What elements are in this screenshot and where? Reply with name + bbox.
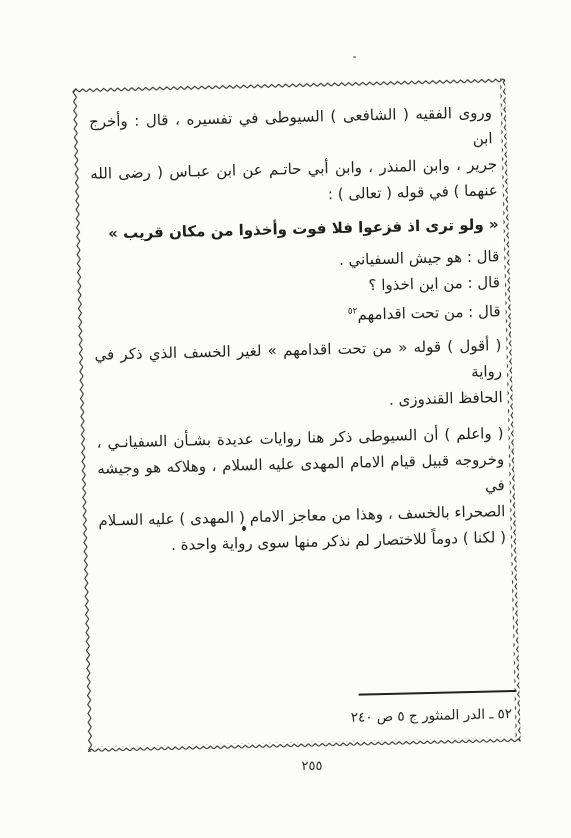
scanned-book-page: وروى الفقيه ( الشافعى ) السيوطى في تفسير… <box>0 0 571 838</box>
footnote-citation: ٥٢ ـ الدر المنثور ج ٥ ص ٢٤٠ <box>351 704 513 728</box>
border-right <box>500 78 521 742</box>
paragraph-line: ( أقول ) قوله « من تحت اقدامهم » لغير ال… <box>94 332 502 394</box>
page-number: ٢٥٥ <box>282 759 342 774</box>
dialogue-text: قال : من تحت اقدامهم <box>357 302 501 323</box>
paragraph-explanation: ( واعلم ) أن السيوطى ذكر هنا روايات عديد… <box>96 420 506 560</box>
paragraph-line: وروى الفقيه ( الشافعى ) السيوطى في تفسير… <box>89 99 497 161</box>
quran-verse: « ولو ترى اذ فزعوا فلا فوت وأخذوا من مكا… <box>91 211 498 247</box>
border-top <box>72 78 505 93</box>
paragraph-line: وخروجه قبيل قيام الامام المهدى عليه السل… <box>97 446 505 508</box>
paragraph-comment: ( أقول ) قوله « من تحت اقدامهم » لغير ال… <box>94 332 503 420</box>
ink-speck <box>353 56 356 58</box>
body-text: وروى الفقيه ( الشافعى ) السيوطى في تفسير… <box>89 99 507 559</box>
paragraph-narration: وروى الفقيه ( الشافعى ) السيوطى في تفسير… <box>89 99 498 213</box>
footnote-reference-marker: ٥٢ <box>348 307 358 317</box>
dialogue-block: قال : هو جيش السفياني . قال : من اين اخذ… <box>92 243 501 334</box>
ink-speck <box>242 526 246 531</box>
border-bottom <box>88 737 521 752</box>
page-frame: وروى الفقيه ( الشافعى ) السيوطى في تفسير… <box>72 78 521 752</box>
